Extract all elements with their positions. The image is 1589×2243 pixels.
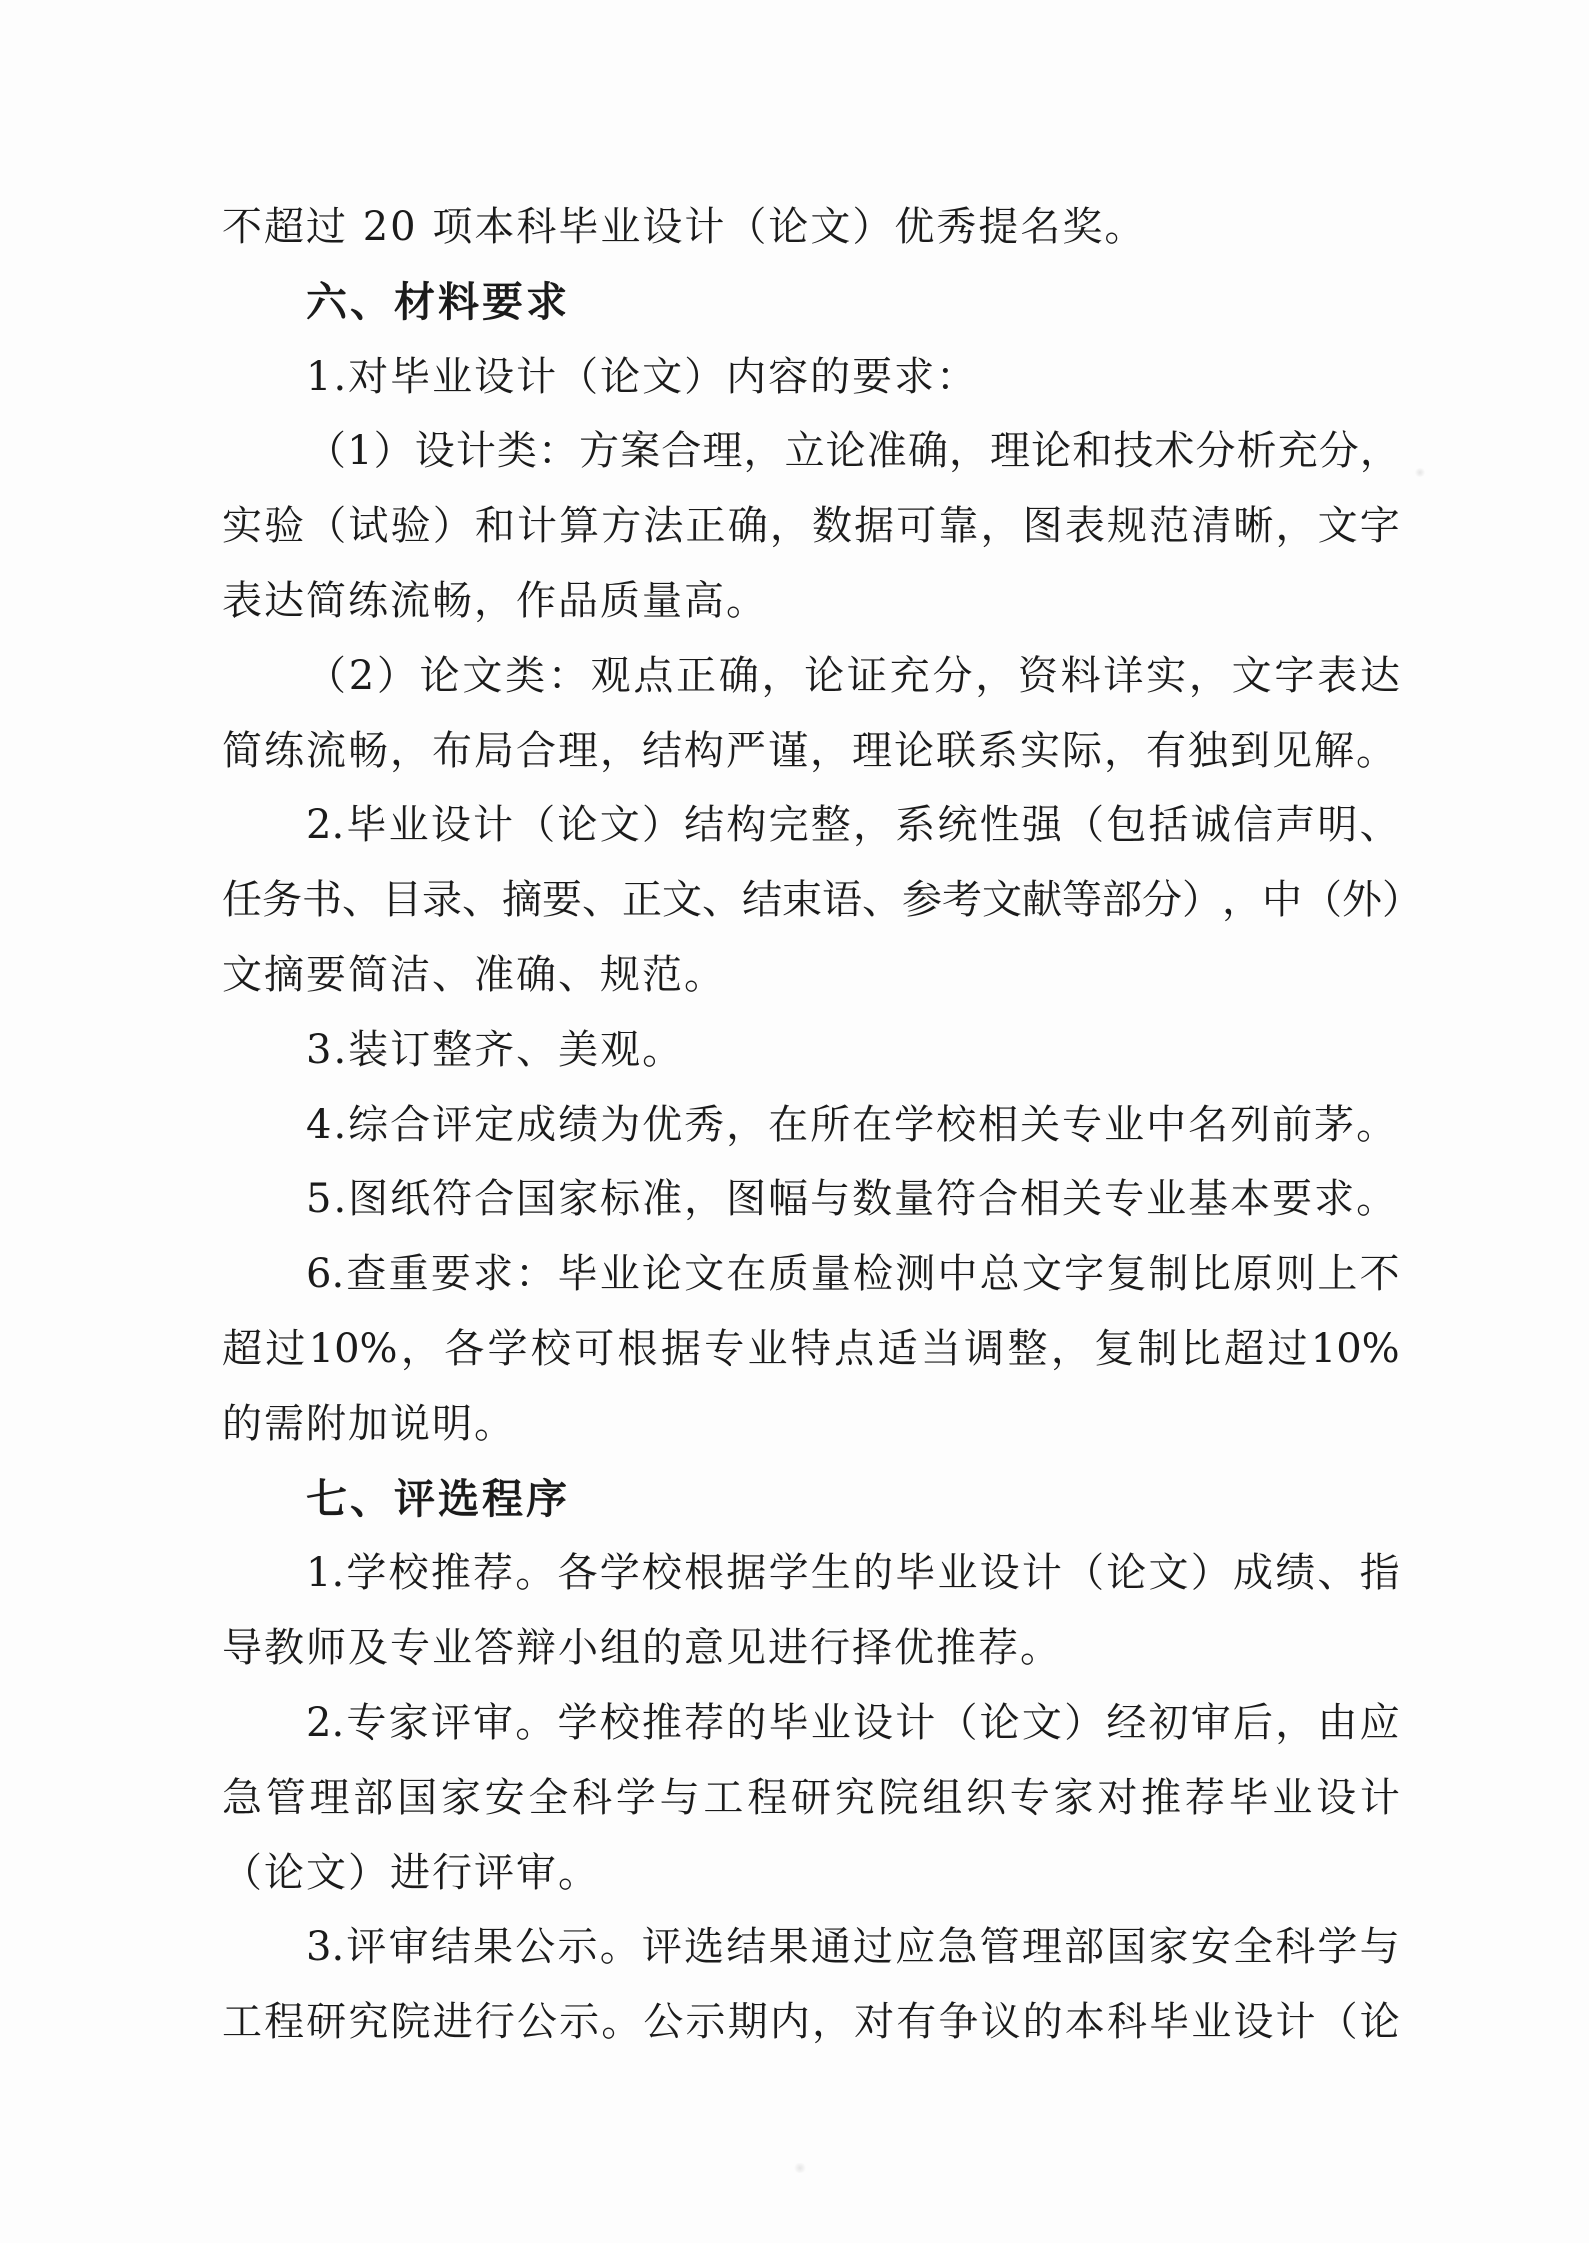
text-line: 超过10%，各学校可根据专业特点适当调整，复制比超过10% <box>222 1312 1400 1387</box>
text-line: 工程研究院进行公示。公示期内，对有争议的本科毕业设计（论 <box>222 1985 1400 2060</box>
text-line: 3.评审结果公示。评选结果通过应急管理部国家安全科学与 <box>222 1910 1400 1985</box>
text-line: （论文）进行评审。 <box>222 1836 1400 1911</box>
text-line: 5.图纸符合国家标准，图幅与数量符合相关专业基本要求。 <box>222 1162 1400 1237</box>
text-line: 任务书、目录、摘要、正文、结束语、参考文献等部分），中（外） <box>222 863 1400 938</box>
text-line: 2.毕业设计（论文）结构完整，系统性强（包括诚信声明、 <box>222 788 1400 863</box>
text-line: 1.学校推荐。各学校根据学生的毕业设计（论文）成绩、指 <box>222 1536 1400 1611</box>
text-line: 实验（试验）和计算方法正确，数据可靠，图表规范清晰，文字 <box>222 489 1400 564</box>
text-line: 表达简练流畅，作品质量高。 <box>222 564 1400 639</box>
text-line: 导教师及专业答辩小组的意见进行择优推荐。 <box>222 1611 1400 1686</box>
document-page: { "colors": { "background": "#fdfdfd", "… <box>0 0 1589 2243</box>
text-line: 不超过 20 项本科毕业设计（论文）优秀提名奖。 <box>222 190 1400 265</box>
text-line: （2）论文类：观点正确，论证充分，资料详实，文字表达 <box>222 639 1400 714</box>
text-line: 2.专家评审。学校推荐的毕业设计（论文）经初审后，由应 <box>222 1686 1400 1761</box>
document-text-block: 不超过 20 项本科毕业设计（论文）优秀提名奖。 六、材料要求 1.对毕业设计（… <box>222 190 1400 2060</box>
text-line: 文摘要简洁、准确、规范。 <box>222 938 1400 1013</box>
text-line: 3.装订整齐、美观。 <box>222 1013 1400 1088</box>
text-line: 简练流畅，布局合理，结构严谨，理论联系实际，有独到见解。 <box>222 714 1400 789</box>
text-line: 6.查重要求：毕业论文在质量检测中总文字复制比原则上不 <box>222 1237 1400 1312</box>
scan-smudge <box>793 2163 807 2173</box>
scan-smudge <box>1414 468 1426 477</box>
scanned-page: 不超过 20 项本科毕业设计（论文）优秀提名奖。 六、材料要求 1.对毕业设计（… <box>0 0 1589 2243</box>
text-line: 1.对毕业设计（论文）内容的要求： <box>222 340 1400 415</box>
section-heading-6: 六、材料要求 <box>222 265 1400 340</box>
section-heading-7: 七、评选程序 <box>222 1462 1400 1537</box>
text-line: 急管理部国家安全科学与工程研究院组织专家对推荐毕业设计 <box>222 1761 1400 1836</box>
text-line: 的需附加说明。 <box>222 1387 1400 1462</box>
text-line: （1）设计类：方案合理，立论准确，理论和技术分析充分， <box>222 414 1400 489</box>
text-line: 4.综合评定成绩为优秀，在所在学校相关专业中名列前茅。 <box>222 1088 1400 1163</box>
